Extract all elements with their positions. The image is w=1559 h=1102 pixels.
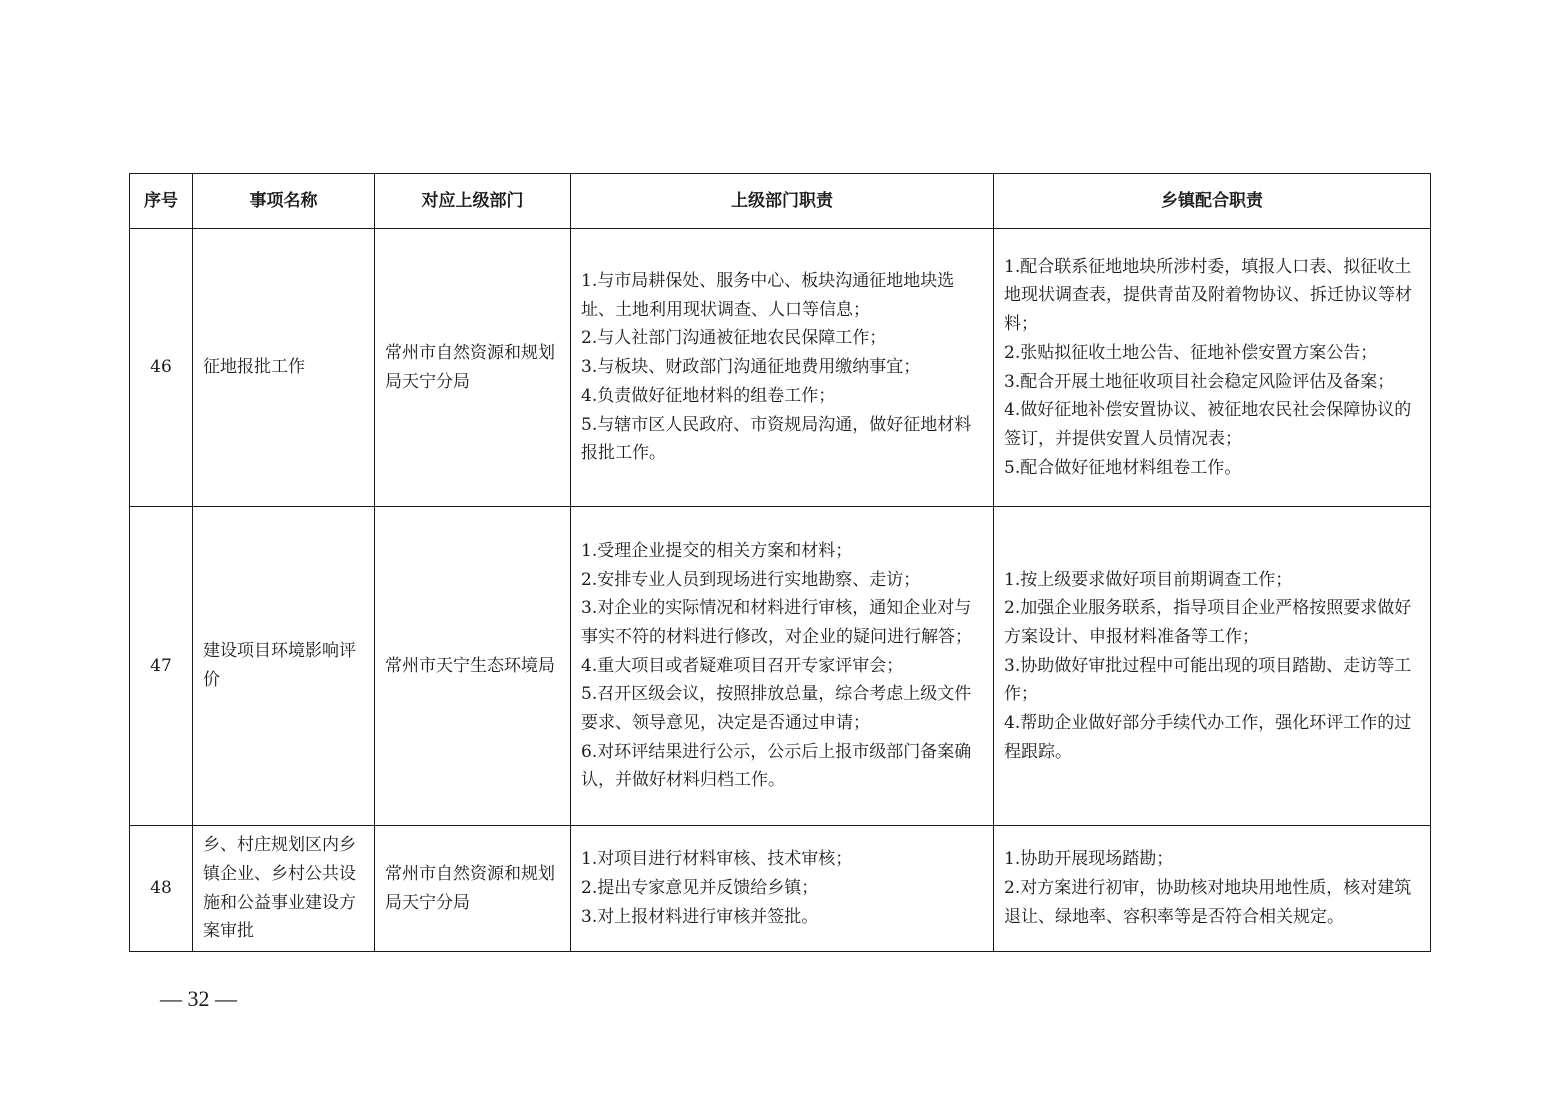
row-number: 48 xyxy=(130,826,193,952)
duty-item: 2.张贴拟征收土地公告、征地补偿安置方案公告； xyxy=(1004,339,1420,368)
upper-duties: 1.与市局耕保处、服务中心、板块沟通征地地块选址、土地利用现状调查、人口等信息；… xyxy=(571,229,994,507)
upper-duties: 1.对项目进行材料审核、技术审核； 2.提出专家意见并反馈给乡镇； 3.对上报材… xyxy=(571,826,994,952)
table-row: 47 建设项目环境影响评价 常州市天宁生态环境局 1.受理企业提交的相关方案和材… xyxy=(130,507,1431,826)
town-duties: 1.协助开展现场踏勘； 2.对方案进行初审，协助核对地块用地性质，核对建筑退让、… xyxy=(994,826,1431,952)
upper-dept: 常州市自然资源和规划局天宁分局 xyxy=(375,229,571,507)
upper-dept: 常州市天宁生态环境局 xyxy=(375,507,571,826)
duty-item: 4.负责做好征地材料的组卷工作； xyxy=(581,382,983,411)
item-name-text: 乡、村庄规划区内乡镇企业、乡村公共设施和公益事业建设方案审批 xyxy=(203,835,356,941)
duty-item: 3.协助做好审批过程中可能出现的项目踏勘、走访等工作； xyxy=(1004,652,1420,709)
duty-item: 1.协助开展现场踏勘； xyxy=(1004,845,1420,874)
duty-item: 4.重大项目或者疑难项目召开专家评审会； xyxy=(581,652,983,681)
header-upper-duties: 上级部门职责 xyxy=(571,174,994,229)
item-name: 建设项目环境影响评价 xyxy=(193,507,375,826)
table-row: 48 乡、村庄规划区内乡镇企业、乡村公共设施和公益事业建设方案审批 常州市自然资… xyxy=(130,826,1431,952)
duty-item: 1.对项目进行材料审核、技术审核； xyxy=(581,845,983,874)
duty-item: 1.按上级要求做好项目前期调查工作； xyxy=(1004,566,1420,595)
duty-item: 4.帮助企业做好部分手续代办工作，强化环评工作的过程跟踪。 xyxy=(1004,709,1420,766)
responsibility-table: 序号 事项名称 对应上级部门 上级部门职责 乡镇配合职责 46 征地报批工作 常… xyxy=(129,173,1431,952)
duty-item: 5.配合做好征地材料组卷工作。 xyxy=(1004,454,1420,483)
duty-item: 1.配合联系征地地块所涉村委，填报人口表、拟征收土地现状调查表，提供青苗及附着物… xyxy=(1004,253,1420,339)
row-number: 47 xyxy=(130,507,193,826)
upper-dept: 常州市自然资源和规划局天宁分局 xyxy=(375,826,571,952)
duty-item: 5.与辖市区人民政府、市资规局沟通，做好征地材料报批工作。 xyxy=(581,411,983,468)
duty-item: 1.与市局耕保处、服务中心、板块沟通征地地块选址、土地利用现状调查、人口等信息； xyxy=(581,267,983,324)
duty-item: 2.提出专家意见并反馈给乡镇； xyxy=(581,874,983,903)
header-upper-dept: 对应上级部门 xyxy=(375,174,571,229)
duty-item: 1.受理企业提交的相关方案和材料； xyxy=(581,537,983,566)
table-header-row: 序号 事项名称 对应上级部门 上级部门职责 乡镇配合职责 xyxy=(130,174,1431,229)
town-duties: 1.配合联系征地地块所涉村委，填报人口表、拟征收土地现状调查表，提供青苗及附着物… xyxy=(994,229,1431,507)
item-name: 征地报批工作 xyxy=(193,229,375,507)
duty-item: 3.配合开展土地征收项目社会稳定风险评估及备案； xyxy=(1004,368,1420,397)
duty-item: 2.与人社部门沟通被征地农民保障工作； xyxy=(581,324,983,353)
duty-item: 2.对方案进行初审，协助核对地块用地性质，核对建筑退让、绿地率、容积率等是否符合… xyxy=(1004,874,1420,931)
duty-item: 5.召开区级会议，按照排放总量，综合考虑上级文件要求、领导意见，决定是否通过申请… xyxy=(581,680,983,737)
duty-item: 3.与板块、财政部门沟通征地费用缴纳事宜； xyxy=(581,353,983,382)
duty-item: 3.对上报材料进行审核并签批。 xyxy=(581,903,983,932)
header-town-duties: 乡镇配合职责 xyxy=(994,174,1431,229)
page-number: — 32 — xyxy=(160,986,237,1012)
header-no: 序号 xyxy=(130,174,193,229)
duty-item: 2.加强企业服务联系，指导项目企业严格按照要求做好方案设计、申报材料准备等工作； xyxy=(1004,594,1420,651)
duty-item: 3.对企业的实际情况和材料进行审核，通知企业对与事实不符的材料进行修改，对企业的… xyxy=(581,594,983,651)
duty-item: 2.安排专业人员到现场进行实地勘察、走访； xyxy=(581,566,983,595)
upper-duties: 1.受理企业提交的相关方案和材料； 2.安排专业人员到现场进行实地勘察、走访； … xyxy=(571,507,994,826)
town-duties: 1.按上级要求做好项目前期调查工作； 2.加强企业服务联系，指导项目企业严格按照… xyxy=(994,507,1431,826)
header-item-name: 事项名称 xyxy=(193,174,375,229)
item-name: 乡、村庄规划区内乡镇企业、乡村公共设施和公益事业建设方案审批 xyxy=(193,826,375,952)
row-number: 46 xyxy=(130,229,193,507)
duty-item: 6.对环评结果进行公示，公示后上报市级部门备案确认，并做好材料归档工作。 xyxy=(581,738,983,795)
table-row: 46 征地报批工作 常州市自然资源和规划局天宁分局 1.与市局耕保处、服务中心、… xyxy=(130,229,1431,507)
duty-item: 4.做好征地补偿安置协议、被征地农民社会保障协议的签订，并提供安置人员情况表； xyxy=(1004,396,1420,453)
